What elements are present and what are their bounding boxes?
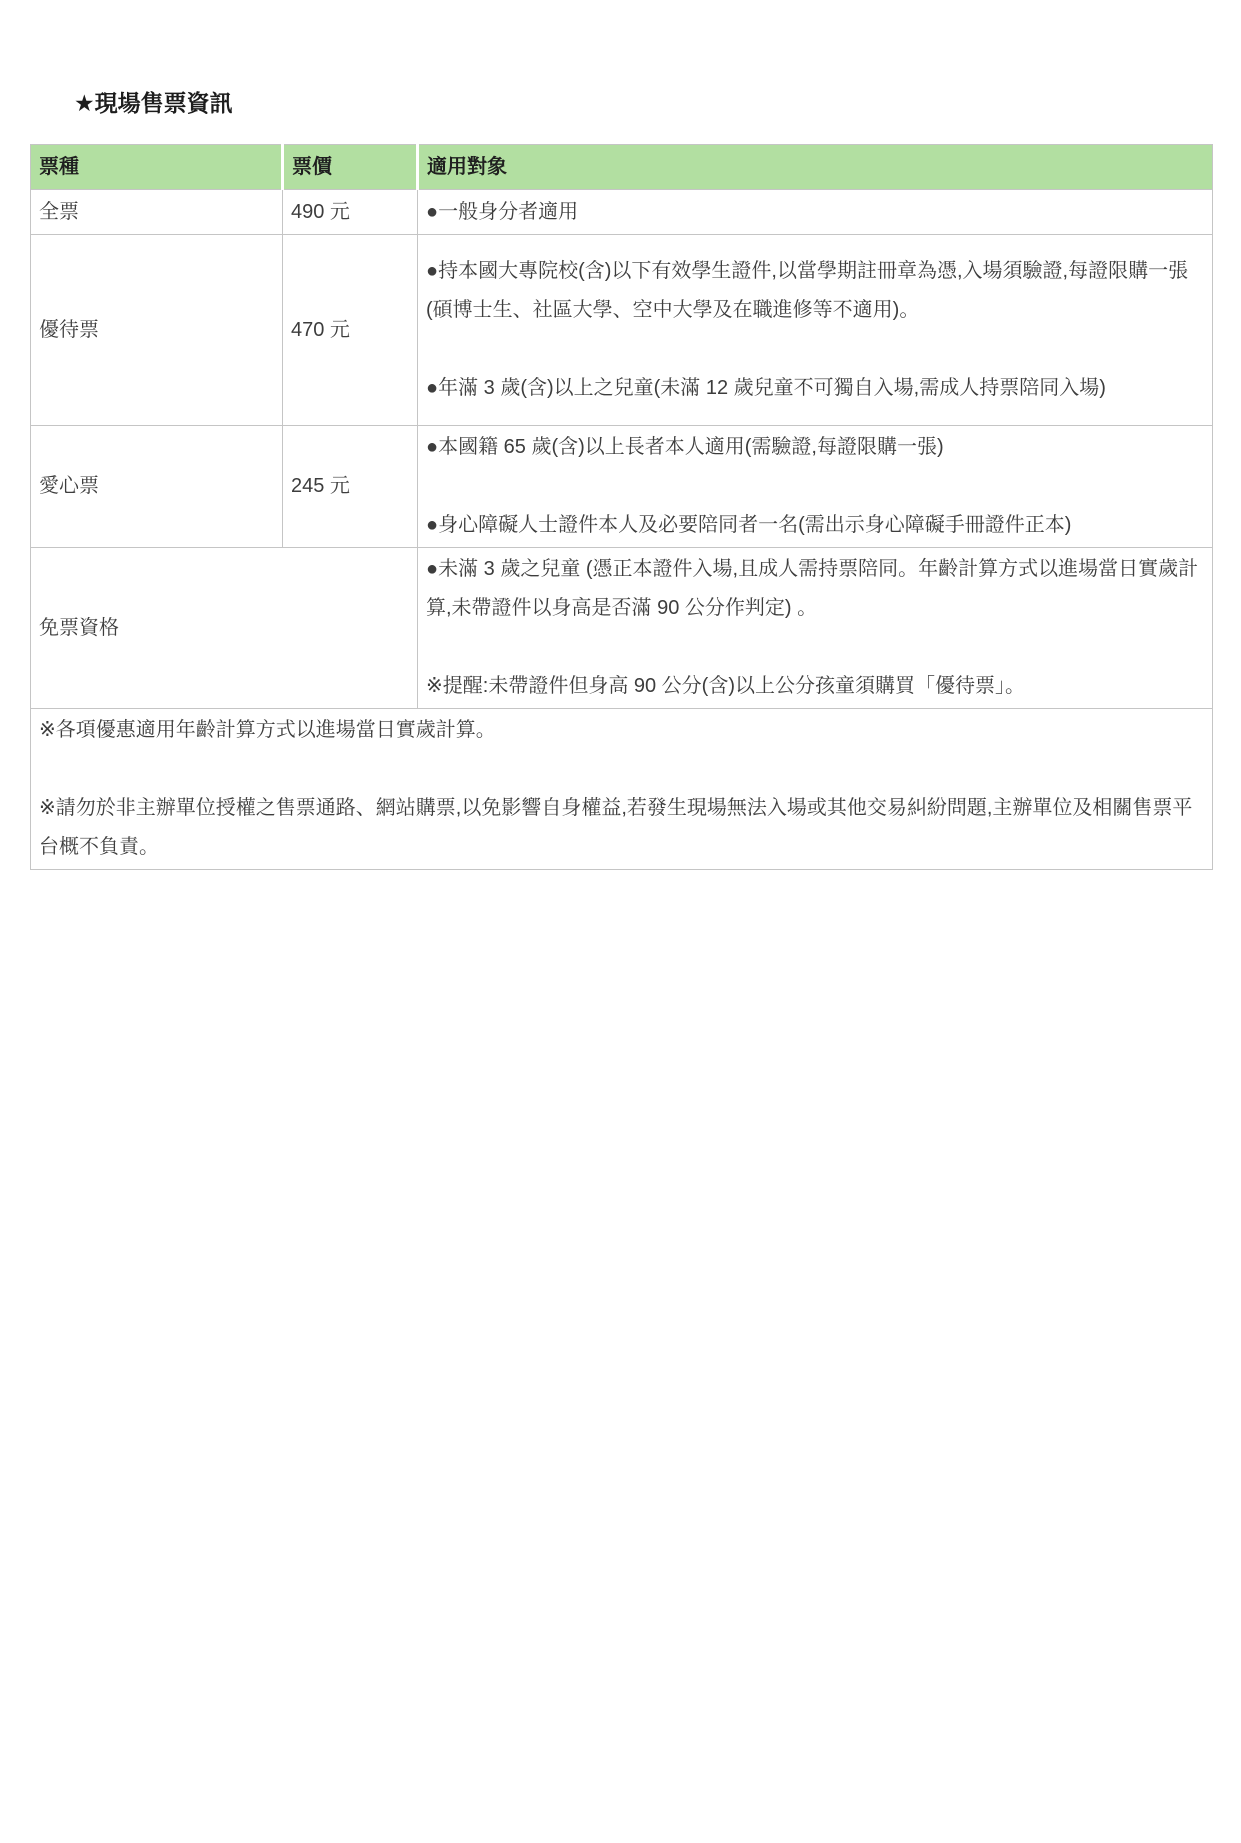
table-row-footnotes: ※各項優惠適用年齡計算方式以進場當日實歲計算。 ※請勿於非主辦單位授權之售票通路…	[31, 709, 1213, 870]
page-title: ★現場售票資訊	[74, 88, 1241, 118]
table-row-full-ticket: 全票 490 元 ●一般身分者適用	[31, 190, 1213, 235]
header-applicable-audience: 適用對象	[418, 145, 1213, 190]
table-row-free-admission: 免票資格 ●未滿 3 歲之兒童 (憑正本證件入場,且成人需持票陪同。年齡計算方式…	[31, 548, 1213, 709]
ticket-desc-cell: ●未滿 3 歲之兒童 (憑正本證件入場,且成人需持票陪同。年齡計算方式以進場當日…	[418, 548, 1213, 709]
header-ticket-price: 票價	[283, 145, 418, 190]
ticket-desc-cell: ●一般身分者適用	[418, 190, 1213, 235]
table-row-charity-ticket: 愛心票 245 元 ●本國籍 65 歲(含)以上長者本人適用(需驗證,每證限購一…	[31, 426, 1213, 548]
ticket-price-cell: 245 元	[283, 426, 418, 548]
table-row-concession-ticket: 優待票 470 元 ●持本國大專院校(含)以下有效學生證件,以當學期註冊章為憑,…	[31, 235, 1213, 426]
ticket-type-cell: 愛心票	[31, 426, 283, 548]
table-header-row: 票種 票價 適用對象	[31, 145, 1213, 190]
ticket-desc-cell: ●持本國大專院校(含)以下有效學生證件,以當學期註冊章為憑,入場須驗證,每證限購…	[418, 235, 1213, 426]
ticket-type-cell: 免票資格	[31, 548, 418, 709]
header-ticket-type: 票種	[31, 145, 283, 190]
ticket-info-table: 票種 票價 適用對象 全票 490 元 ●一般身分者適用 優待票 470 元 ●…	[30, 144, 1213, 870]
page: ★現場售票資訊 票種 票價 適用對象 全票 490 元 ●一般身分者適用 優待票…	[0, 88, 1241, 870]
ticket-desc-cell: ●本國籍 65 歲(含)以上長者本人適用(需驗證,每證限購一張) ●身心障礙人士…	[418, 426, 1213, 548]
ticket-price-cell: 490 元	[283, 190, 418, 235]
ticket-price-cell: 470 元	[283, 235, 418, 426]
footnote-cell: ※各項優惠適用年齡計算方式以進場當日實歲計算。 ※請勿於非主辦單位授權之售票通路…	[31, 709, 1213, 870]
ticket-type-cell: 優待票	[31, 235, 283, 426]
ticket-type-cell: 全票	[31, 190, 283, 235]
